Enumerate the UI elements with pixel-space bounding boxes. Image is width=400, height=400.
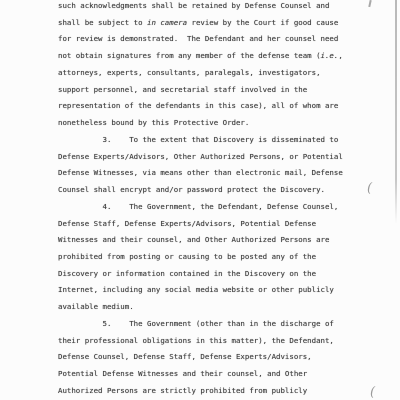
document-page: such acknowledgments shall be retained b… xyxy=(0,0,400,400)
text-segment: Authorized Persons are strictly prohibit… xyxy=(58,386,307,395)
text-segment: Internet, including any social media web… xyxy=(58,285,334,294)
text-segment: Defense Witnesses, via means other than … xyxy=(58,168,343,177)
document-line: their professional obligations in this m… xyxy=(58,333,343,350)
text-segment: Potential Defense Witnesses and their co… xyxy=(58,369,307,378)
text-segment: 3. To the extent that Discovery is disse… xyxy=(58,135,338,144)
document-line: nonetheless bound by this Protective Ord… xyxy=(58,115,343,132)
document-line: Defense Counsel, Defense Staff, Defense … xyxy=(58,349,343,366)
document-line: Potential Defense Witnesses and their co… xyxy=(58,366,343,383)
document-line: for review is demonstrated. The Defendan… xyxy=(58,31,343,48)
text-segment: such acknowledgments shall be retained b… xyxy=(58,1,329,10)
text-segment: attorneys, experts, consultants, paraleg… xyxy=(58,68,321,77)
document-line: Defense Experts/Advisors, Other Authoriz… xyxy=(58,149,343,166)
document-line: available medium. xyxy=(58,299,343,316)
text-segment: their professional obligations in this m… xyxy=(58,336,334,345)
text-segment: , xyxy=(338,51,342,60)
document-line: 3. To the extent that Discovery is disse… xyxy=(58,132,343,149)
text-segment: representation of the defendants in this… xyxy=(58,101,338,110)
text-segment: available medium. xyxy=(58,302,134,311)
text-segment: Defense Staff, Defense Experts/Advisors,… xyxy=(58,219,316,228)
text-segment: Defense Counsel, Defense Staff, Defense … xyxy=(58,352,312,361)
document-line: Discovery or information contained in th… xyxy=(58,266,343,283)
document-line: Counsel shall encrypt and/or password pr… xyxy=(58,182,343,199)
text-segment: Discovery or information contained in th… xyxy=(58,269,316,278)
text-segment: not obtain signatures from any member of… xyxy=(58,51,321,60)
document-line: attorneys, experts, consultants, paraleg… xyxy=(58,65,343,82)
text-segment: Counsel shall encrypt and/or password pr… xyxy=(58,185,325,194)
document-line: Defense Staff, Defense Experts/Advisors,… xyxy=(58,216,343,233)
document-line: prohibited from posting or causing to be… xyxy=(58,249,343,266)
page-edge-line xyxy=(395,0,397,224)
scan-tick-mark xyxy=(368,0,371,7)
text-segment: 4. The Government, the Defendant, Defens… xyxy=(58,202,338,211)
document-line: support personnel, and secretarial staff… xyxy=(58,82,343,99)
document-line: representation of the defendants in this… xyxy=(58,98,343,115)
document-line: 5. The Government (other than in the dis… xyxy=(58,316,343,333)
document-line: not obtain signatures from any member of… xyxy=(58,48,343,65)
italic-text-segment: i.e. xyxy=(321,51,339,60)
document-line: Defense Witnesses, via means other than … xyxy=(58,165,343,182)
document-line: such acknowledgments shall be retained b… xyxy=(58,0,343,15)
text-segment: nonetheless bound by this Protective Ord… xyxy=(58,118,249,127)
scan-paren-mark-middle: ( xyxy=(367,181,372,196)
text-segment: support personnel, and secretarial staff… xyxy=(58,85,307,94)
text-segment: Witnesses and their counsel, and Other A… xyxy=(58,235,329,244)
text-segment: shall be subject to xyxy=(58,18,147,27)
document-lines: such acknowledgments shall be retained b… xyxy=(58,0,343,400)
document-line: 4. The Government, the Defendant, Defens… xyxy=(58,199,343,216)
scan-paren-mark-bottom: ( xyxy=(370,385,375,400)
document-line: Authorized Persons are strictly prohibit… xyxy=(58,383,343,400)
text-segment: for review is demonstrated. The Defendan… xyxy=(58,34,338,43)
text-segment: Defense Experts/Advisors, Other Authoriz… xyxy=(58,152,343,161)
document-line: Witnesses and their counsel, and Other A… xyxy=(58,232,343,249)
text-segment: 5. The Government (other than in the dis… xyxy=(58,319,334,328)
italic-text-segment: in camera xyxy=(147,18,187,27)
text-segment: review by the Court if good cause xyxy=(187,18,338,27)
document-line: shall be subject to in camera review by … xyxy=(58,15,343,32)
text-segment: prohibited from posting or causing to be… xyxy=(58,252,316,261)
document-line: Internet, including any social media web… xyxy=(58,282,343,299)
